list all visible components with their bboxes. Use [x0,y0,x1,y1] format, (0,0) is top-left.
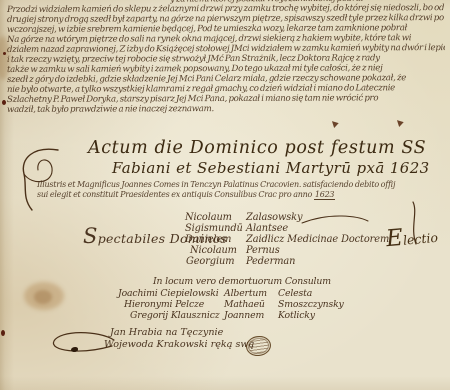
deceased-name: Joachimi Ciepielowski [118,288,219,299]
ink-wedge-mark [395,120,403,128]
council-last: Pernus [246,245,280,256]
paper-stain [34,290,52,304]
deceased-name: Gregorij Klausznicz [130,310,220,321]
ink-wedge-mark [330,121,338,129]
edge-speck [3,52,6,55]
elected-first: Albertum [224,288,267,299]
council-first: Georgium [186,256,234,267]
act-heading-line2: Fabiani et Sebestiani Martyrū pxā 1623 [112,159,430,177]
margin-note-rest: lectio [402,230,438,248]
margin-note-initial: E [385,225,404,252]
council-last: Zalasowsky [246,212,302,223]
elected-surname: Smoszczynsky [278,299,344,310]
decree-year: 1623 [314,190,335,200]
body-line: wadził, tak było prawdziwie a nie inacze… [7,103,445,115]
margin-note-electio: Electio [385,222,439,252]
council-first: Nicolaum [185,212,232,223]
council-last: Zaidlicz Medicinae Doctorem [246,234,389,245]
act-heading-line1: Actum die Dominico post festum SS [88,138,426,158]
council-last: Pederman [246,256,295,267]
council-first: Nicolaum [190,245,237,256]
decree-line2-text: sui elegit et constituit Praesidentes ex… [37,190,312,199]
council-first: Danielem [185,234,231,245]
council-last: Alantsee [246,223,288,234]
elected-first: Mathaeū [224,299,265,310]
deceased-name: Hieronymi Pelcze [124,299,204,310]
signature-title: Wojewoda Krakowski ręką swą [104,339,254,350]
seal-stamp [245,334,273,357]
edge-speck [1,330,5,336]
elected-surname: Celesta [278,288,312,299]
elected-first: Joannem [224,310,264,321]
decree-line2: sui elegit et constituit Praesidentes ex… [37,190,335,199]
decree-line1: Illustris et Magnificus Joannes Comes in… [37,180,395,189]
paper-stain [24,282,64,310]
manuscript-page: y za niemi ktorej podzial Woyt zamknione… [0,0,450,390]
elected-surname: Kotlicky [278,310,315,321]
replacement-heading: In locum vero demortuorum Consulum [153,276,331,287]
signature-name: Jan Hrabia na Tęczynie [110,327,223,338]
council-first: Sigismundū [185,223,243,234]
edge-speck [2,100,6,105]
pen-flourish [300,212,372,226]
